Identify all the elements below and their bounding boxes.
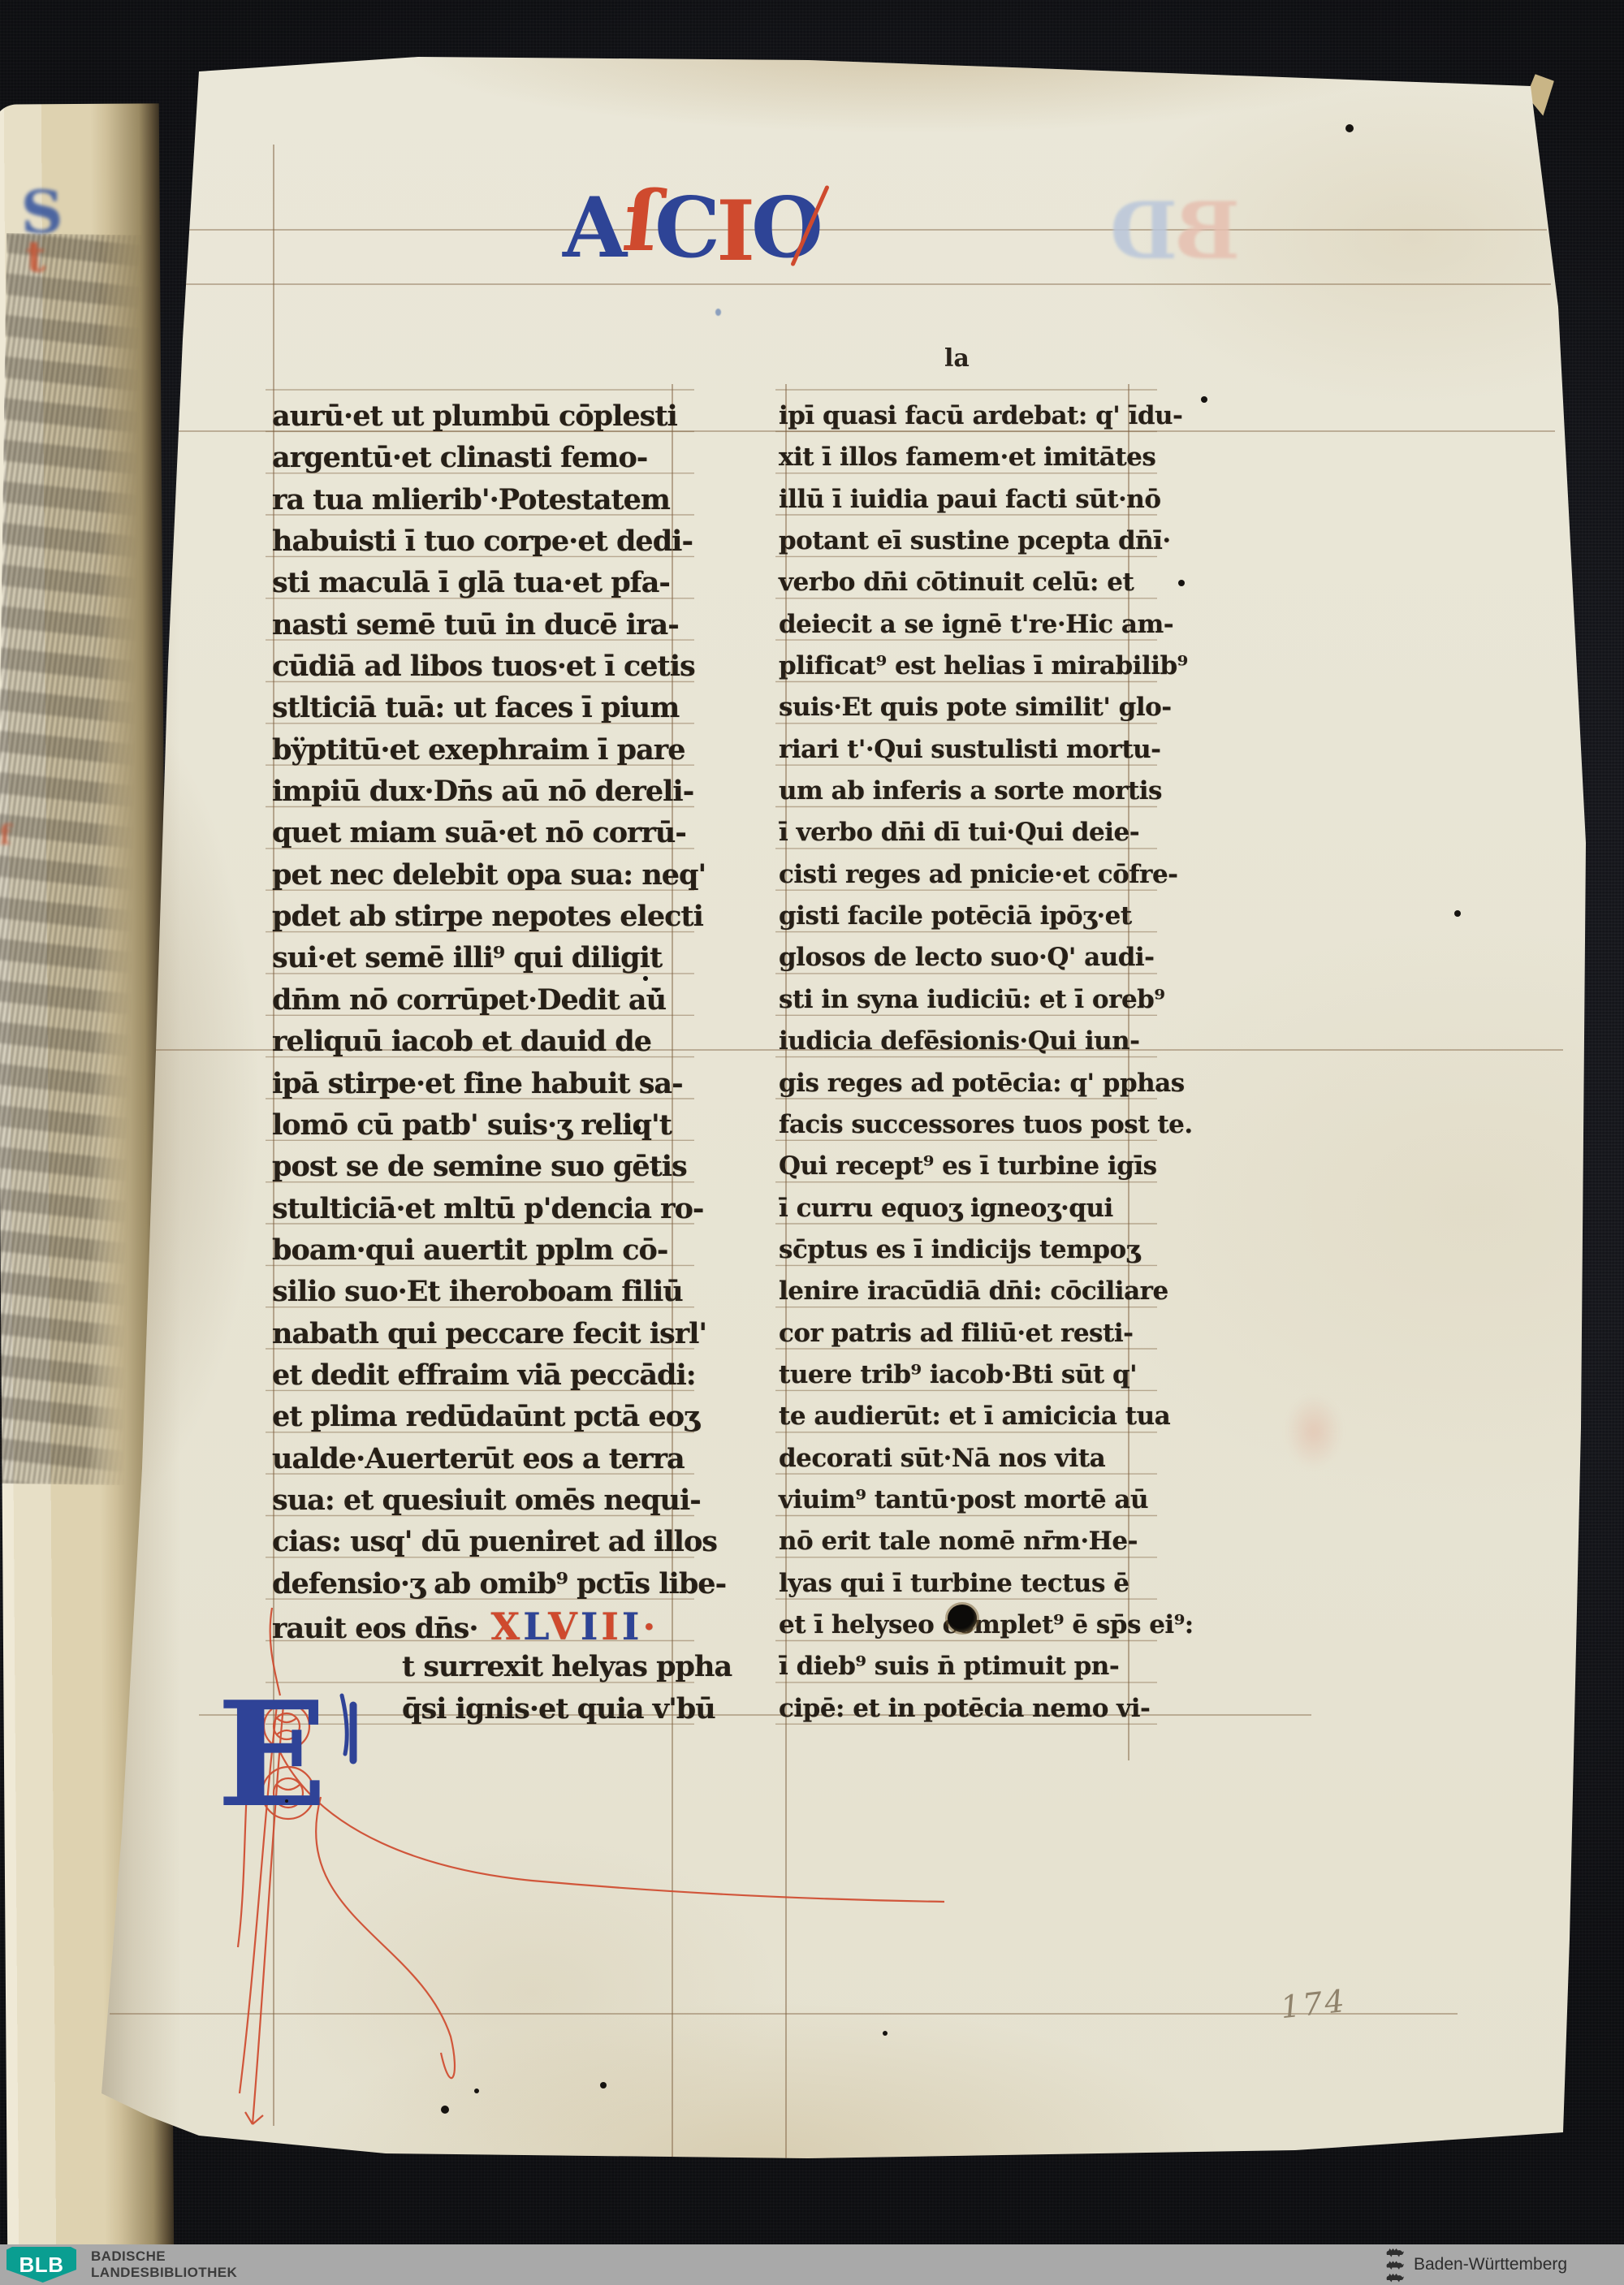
text-line: sti in syna iudiciū: et ī oreb⁹	[779, 979, 1194, 1021]
wormhole-speck	[1178, 580, 1185, 586]
facing-rubric-fragment: f	[0, 819, 11, 852]
wormhole-speck	[441, 2106, 449, 2114]
facing-page-blurred-text	[0, 233, 143, 1485]
wormhole-speck	[654, 988, 659, 992]
text-line: gis reges ad potēcia: q' pphas	[779, 1063, 1194, 1104]
text-line: aurū·et ut plumbū cōplesti	[272, 395, 732, 437]
text-line: potant eī sustine pcepta dn̄ī·	[779, 520, 1194, 562]
text-line: ualde·Auerterūt eos a terra	[272, 1438, 732, 1479]
text-line: decorati sūt·Nā nos vita	[779, 1438, 1194, 1479]
wormhole-speck	[1201, 396, 1207, 403]
text-line: te audierūt: et ī amicicia tua	[779, 1396, 1194, 1437]
text-line: iudicia defēsionis·Qui iun-	[779, 1021, 1194, 1062]
wormhole-speck	[285, 1799, 288, 1803]
text-line: facis successores tuos post te.	[779, 1104, 1194, 1146]
facing-rubric-fragment: t	[26, 232, 45, 282]
text-line: sti maculā ī glā tua·et pfa-	[272, 562, 732, 603]
text-line: ra tua mlierib'·Potestatem	[272, 479, 732, 520]
header-letter: I	[716, 179, 755, 300]
text-line: cipē: et in potēcia nemo vi-	[779, 1688, 1194, 1730]
text-line: habuisti ī tuo corpe·et dedi-	[272, 520, 732, 562]
wormhole-speck	[653, 1168, 658, 1173]
manuscript-scan: S t f	[0, 0, 1624, 2285]
initial-letter: E	[217, 1682, 327, 1827]
text-line: deiecit a se ignē t're·Hic am-	[779, 604, 1194, 646]
text-line: cias: usq' dū pueniret ad illos	[272, 1521, 732, 1562]
text-line: gisti facile potēciā ipōʒ·et	[779, 896, 1194, 937]
chapter-numeral: XLVIII·	[491, 1606, 659, 1648]
decorated-initial: E	[214, 1678, 368, 1848]
showthrough-letter: B	[1174, 185, 1240, 277]
text-line: viuim⁹ tantū·post mortē aū	[779, 1479, 1194, 1521]
text-line: et dedit effraim viā peccādi:	[272, 1354, 732, 1396]
text-line: illū ī iuidia paui facti sūt·nō	[779, 479, 1194, 520]
showthrough-letter: D	[1110, 185, 1177, 277]
text-line: stlticiā tuā: ut faces ī pium	[272, 687, 732, 728]
wormhole-speck	[1345, 124, 1354, 132]
text-line: sui·et semē illi⁹ qui diligit	[272, 937, 732, 978]
text-line: ī dieb⁹ suis n̄ ptimuit pn-	[779, 1646, 1194, 1687]
footer-bar: BLB BADISCHE LANDESBIBLIOTHEK Baden-Würt…	[0, 2244, 1624, 2285]
text-line: reliquū iacob et dauid de	[272, 1021, 732, 1062]
text-line: lomō cū patb' suis·ʒ reliq't	[272, 1104, 732, 1146]
wormhole-speck	[643, 976, 648, 981]
library-name: BADISCHE LANDESBIBLIOTHEK	[91, 2248, 237, 2281]
wormhole-speck	[634, 1125, 641, 1132]
text-line: lenire iracūdiā dn̄i: cōciliare	[779, 1271, 1194, 1312]
text-line: cisti reges ad pnicie·et cōfre-	[779, 854, 1194, 896]
blb-logo-text: BLB	[19, 2253, 64, 2278]
text-line: silio suo·Et iheroboam filiū	[272, 1271, 732, 1312]
text-line: nō erit tale nomē nr̄m·He-	[779, 1521, 1194, 1562]
text-line: stulticiā·et mltū p'dencia ro-	[272, 1188, 732, 1229]
wormhole-speck	[474, 2088, 479, 2093]
text-line: Qui recept⁹ es ī turbine igīs	[779, 1146, 1194, 1187]
text-line: et ī helyseo complet⁹ ē sp̄s ei⁹:	[779, 1605, 1194, 1646]
text-line: nasti semē tuū in ducē ira-	[272, 604, 732, 646]
text-line: boam·qui auertit pplm cō-	[272, 1229, 732, 1271]
parchment-hole	[948, 1605, 977, 1632]
running-header: A ſ C I O	[563, 175, 819, 297]
header-letter: O	[751, 175, 823, 297]
text-line: xit ī illos famem·et imitātes	[779, 437, 1194, 478]
text-line: lyas qui ī turbine tectus ē	[779, 1563, 1194, 1605]
blb-logo: BLB	[6, 2247, 76, 2283]
text-line: cūdiā ad libos tuos·et ī cetis	[272, 646, 732, 687]
text-line: cor patris ad filiū·et resti-	[779, 1313, 1194, 1354]
text-line: defensio·ʒ ab omib⁹ pctīs libe-	[272, 1563, 732, 1605]
ink-speck	[715, 309, 721, 316]
lions-coat-of-arms-icon	[1384, 2246, 1406, 2283]
text-line: tuere trib⁹ iacob·Bti sūt q'	[779, 1354, 1194, 1396]
text-line: argentū·et clinasti femo-	[272, 437, 732, 478]
text-line: q̄si ignis·et quia v'bū	[402, 1688, 732, 1730]
wormhole-speck	[1454, 910, 1461, 917]
folio-number: 174	[1279, 1983, 1349, 2025]
library-name-line2: LANDESBIBLIOTHEK	[91, 2265, 237, 2281]
text-line: sua: et quesiuit omēs nequi-	[272, 1479, 732, 1521]
text-line: ipī quasi facū ardebat: q' īdu-	[779, 395, 1194, 437]
text-line: nabath qui peccare fecit isrl'	[272, 1313, 732, 1354]
text-line: plificat⁹ est helias ī mirabilib⁹	[779, 646, 1194, 687]
wormhole-speck	[600, 2082, 607, 2088]
text-line: riari t'·Qui sustulisti mortu-	[779, 729, 1194, 771]
text-line: ī curru equoʒ igneoʒ·qui	[779, 1188, 1194, 1229]
text-line: suis·Et quis pote similit' glo-	[779, 687, 1194, 728]
library-name-line1: BADISCHE	[91, 2248, 237, 2265]
text-line: ī verbo dn̄i dī tui·Qui deie-	[779, 812, 1194, 853]
text-line: pdet ab stirpe nepotes electi	[272, 896, 732, 937]
text-line: um ab inferis a sorte mortis	[779, 771, 1194, 812]
manuscript-page: A ſ C I O DB la aurū·et ut plumbū cōples…	[77, 47, 1596, 2162]
text-line: quet miam suā·et nō corrū-	[272, 812, 732, 853]
text-line: glosos de lecto suo·Q' audi-	[779, 937, 1194, 978]
text-line: t surrexit helyas ppha	[402, 1646, 732, 1687]
state-brand: Baden-Württemberg	[1384, 2246, 1567, 2283]
text-line: pet nec delebit opa sua: neq'	[272, 854, 732, 896]
text-line: dn̄m nō corrūpet·Dedit aū	[272, 979, 732, 1021]
text-column-right: ipī quasi facū ardebat: q' īdu-xit ī ill…	[779, 395, 1194, 1730]
showthrough-stain	[1285, 1395, 1342, 1468]
text-line: ipā stirpe·et fine habuit sa-	[272, 1063, 732, 1104]
text-line: sc̄ptus es ī indicijs tempoʒ	[779, 1229, 1194, 1271]
text-line: bÿptitū·et exephraim ī pare	[272, 729, 732, 771]
wormhole-speck	[883, 2031, 888, 2036]
text-line: rauit eos dn̄s·XLVIII·	[272, 1605, 732, 1646]
text-line: verbo dn̄i cōtinuit celū: et	[779, 562, 1194, 603]
state-name: Baden-Württemberg	[1414, 2255, 1567, 2274]
text-line: post se de semine suo gētis	[272, 1146, 732, 1187]
text-line: impiū dux·Dn̄s aū nō dereli-	[272, 771, 732, 812]
showthrough-letters: DB	[1110, 185, 1237, 277]
text-line: et plima redūdaūnt pctā eoʒ	[272, 1396, 732, 1437]
header-letter: C	[654, 175, 720, 297]
text-column-left: aurū·et ut plumbū cōplestiargentū·et cli…	[272, 395, 732, 1730]
catchword: la	[944, 344, 970, 373]
